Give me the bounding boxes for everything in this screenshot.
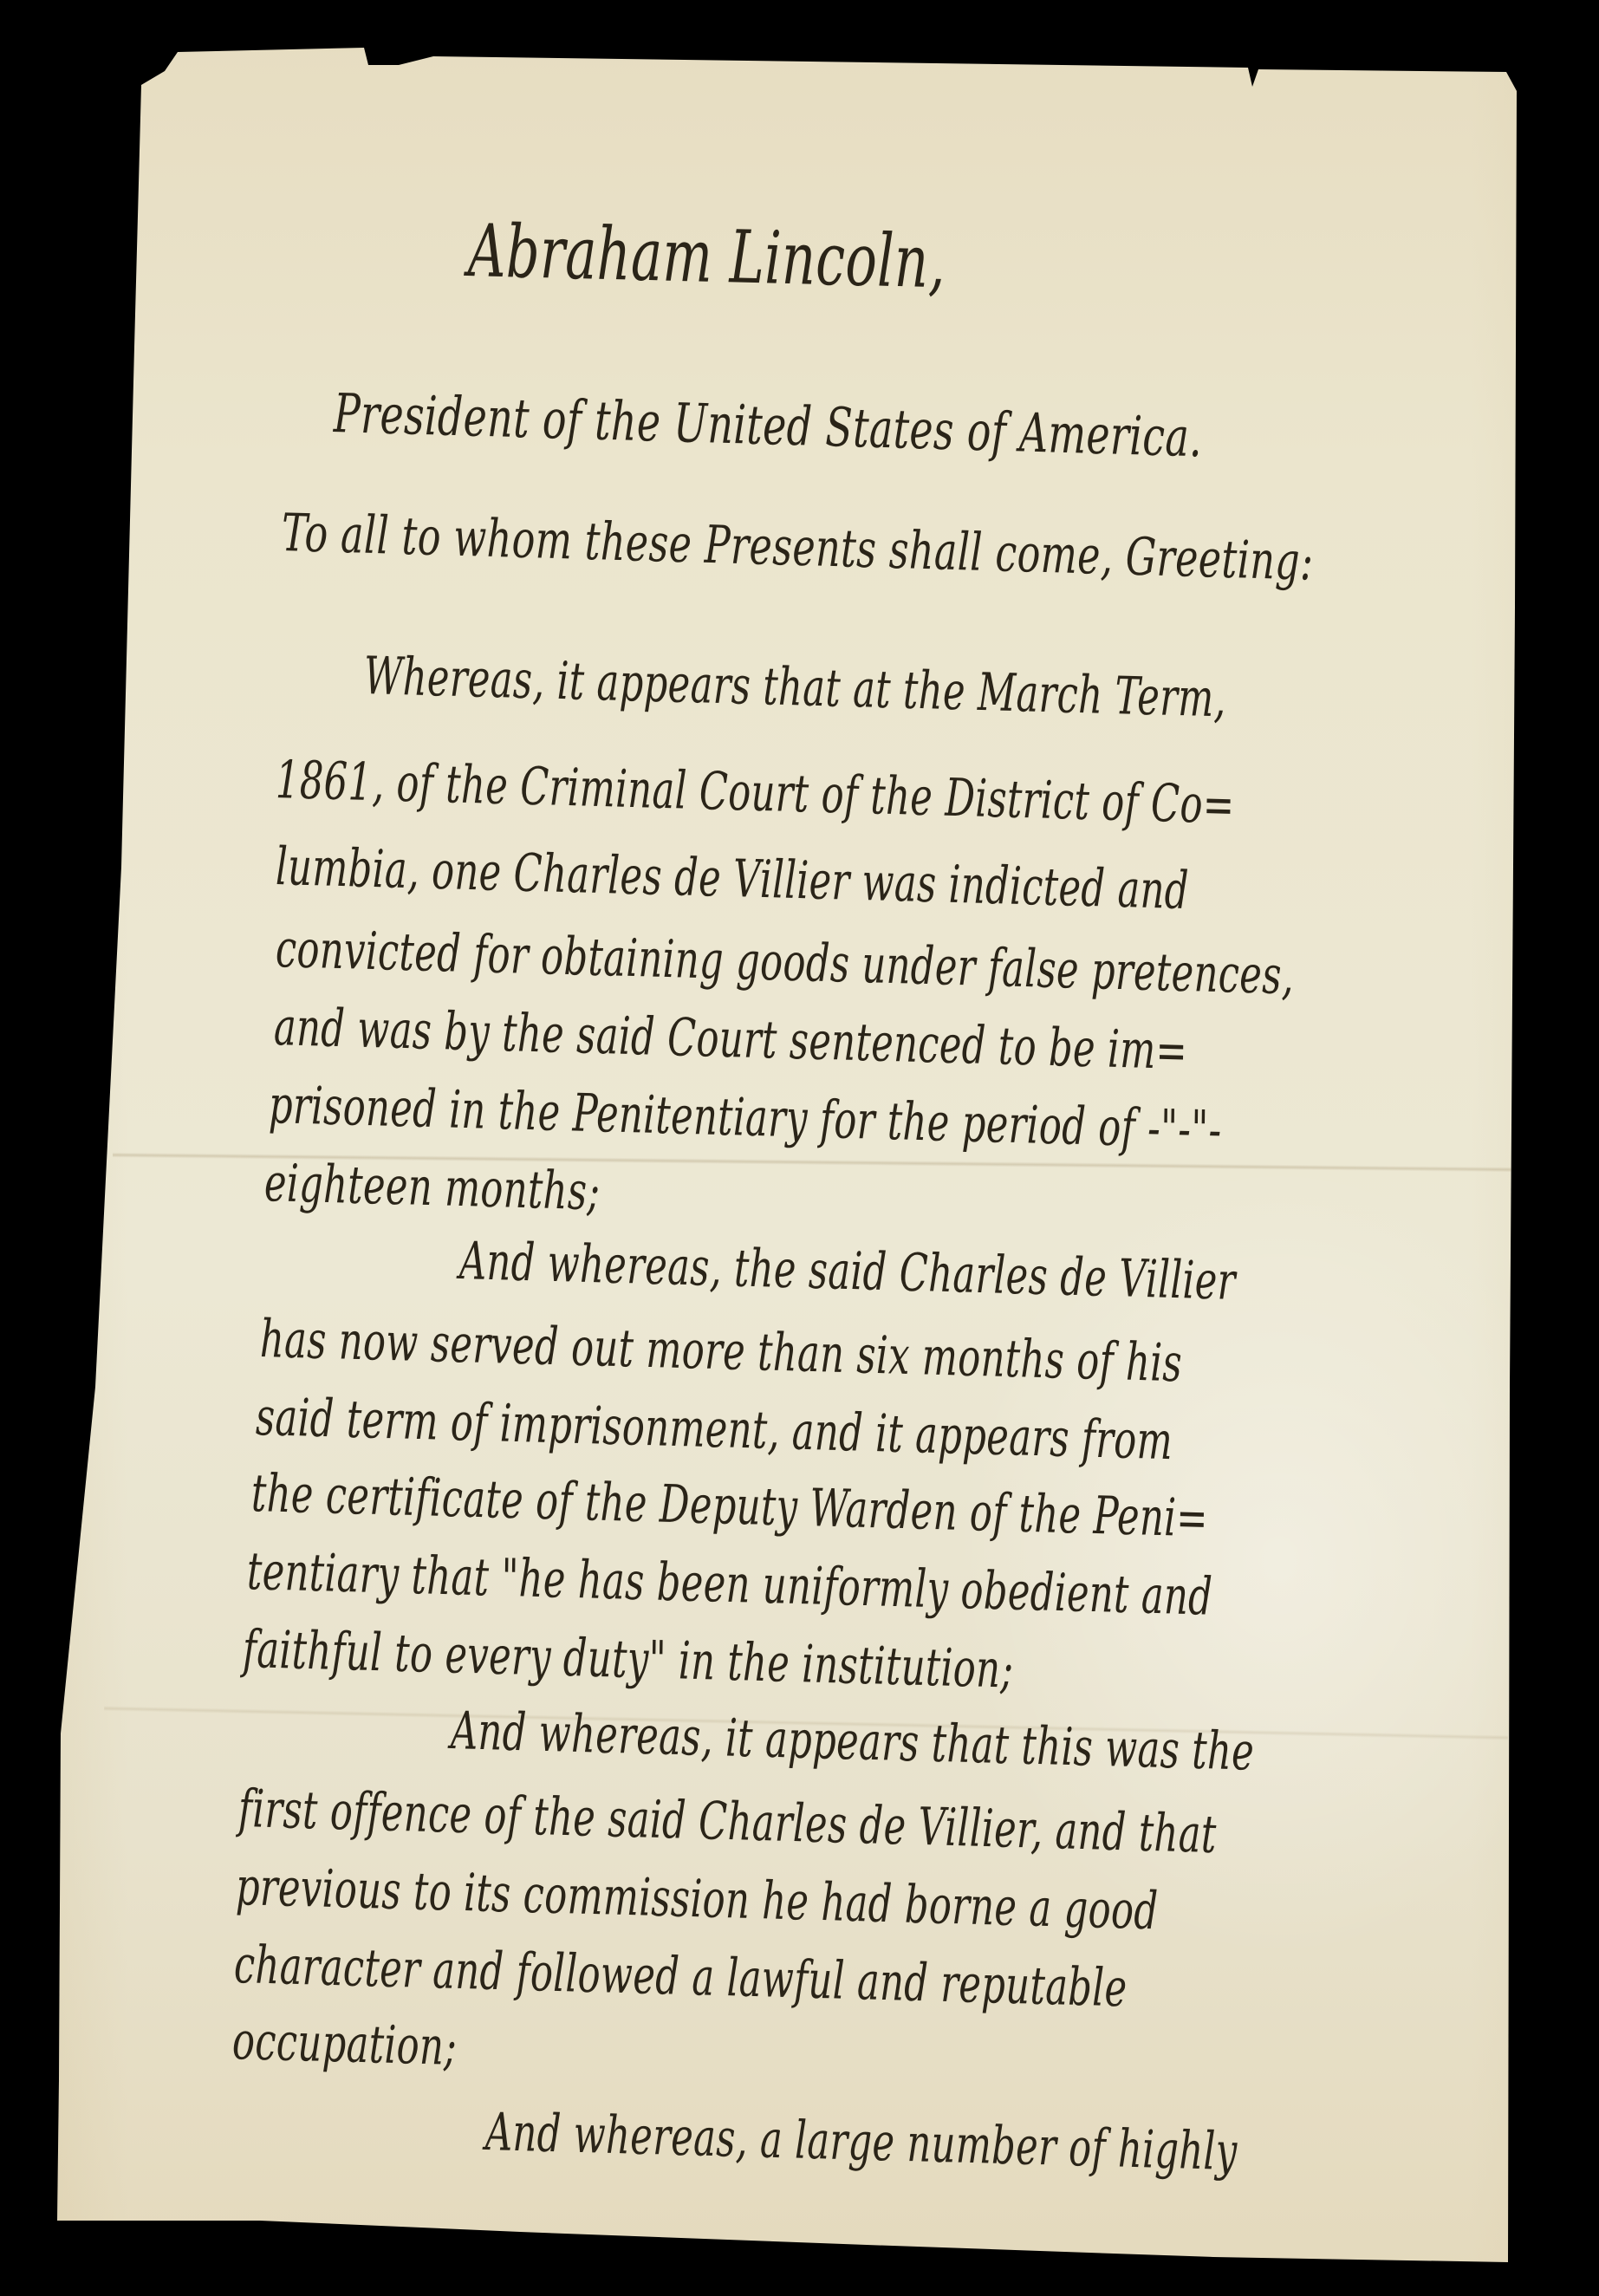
text-line: said term of imprisonment, and it appear…: [256, 1387, 1173, 1472]
text-line: 1861, of the Criminal Court of the Distr…: [276, 750, 1235, 836]
document-heading-name: Abraham Lincoln,: [467, 208, 946, 304]
text-line: first offence of the said Charles de Vil…: [238, 1779, 1218, 1865]
text-line: character and followed a lawful and repu…: [234, 1935, 1128, 2019]
text-line: occupation;: [232, 2011, 458, 2078]
manuscript-page: Abraham Lincoln, President of the United…: [0, 0, 1599, 2296]
document-greeting: To all to whom these Presents shall come…: [281, 503, 1313, 593]
text-line: previous to its commission he had borne …: [236, 1857, 1159, 1942]
text-line: has now served out more than six months …: [260, 1309, 1183, 1394]
text-line: And whereas, it appears that this was th…: [451, 1701, 1255, 1783]
text-line: prisoned in the Penitentiary for the per…: [269, 1075, 1222, 1161]
text-line: the certificate of the Deputy Warden of …: [251, 1463, 1209, 1549]
document-heading-title: President of the United States of Americ…: [333, 381, 1202, 469]
text-line: tentiary that "he has been uniformly obe…: [247, 1541, 1213, 1628]
text-line: and was by the said Court sentenced to b…: [274, 997, 1188, 1082]
text-line: And whereas, the said Charles de Villier: [459, 1231, 1237, 1312]
text-line: eighteen months;: [264, 1153, 601, 1222]
text-line: And whereas, a large number of highly: [485, 2102, 1238, 2182]
text-line: Whereas, it appears that at the March Te…: [364, 646, 1227, 730]
text-line: convicted for obtaining goods under fals…: [276, 919, 1295, 1006]
text-line: lumbia, one Charles de Villier was indic…: [276, 836, 1190, 921]
text-line: faithful to every duty" in the instituti…: [243, 1619, 1014, 1701]
